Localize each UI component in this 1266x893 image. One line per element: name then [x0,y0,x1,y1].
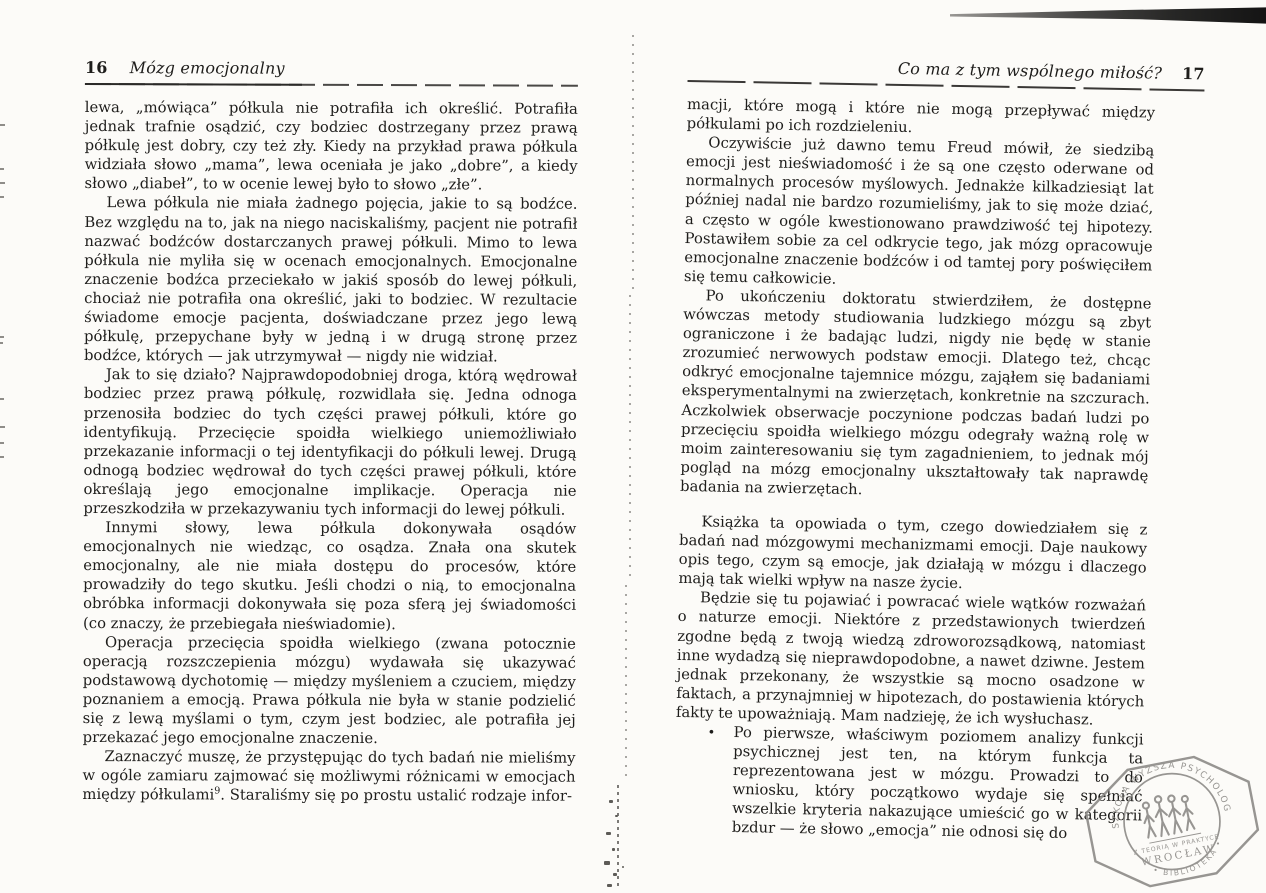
stamp-ring-text: SZKOŁA WYŻSZA PSYCHOLOGII SPOŁECZNEJ [1076,752,1232,842]
scan-edge-smudge [950,7,1266,24]
paragraph: Innymi słowy, lewa półkula dokonywała os… [83,518,576,634]
right-running-header: Co ma z tym wspólnego miłość? 17 [688,55,1205,83]
right-page-body: macji, które mogą i które nie mogą przep… [674,95,1156,845]
paragraph: Oczywiście już dawno temu Freud mówił, ż… [684,133,1155,294]
paragraph: Jak to się działo? Najprawdopodobniej dr… [83,365,577,519]
paragraph: Operacja przecięcia spoidła wielkiego (z… [83,633,576,749]
paragraph: Lewa półkula nie miała żadnego pojęcia, … [84,193,578,367]
paragraph: Po ukończeniu doktoratu stwierdziłem, że… [680,286,1152,505]
stamp-figures-icon [1140,790,1196,838]
left-page-number: 16 [85,58,108,77]
right-running-title: Co ma z tym wspólnego miłość? [898,59,1163,83]
left-page-body: lewa, „mówiąca” półkula nie potrafiła ic… [82,98,577,806]
left-running-header: 16 Mózg emocjonalny [85,58,578,79]
bullet-icon: • [707,723,715,742]
left-page: 16 Mózg emocjonalny lewa, „mówiąca” półk… [82,58,578,806]
svg-text:SZKOŁA WYŻSZA PSYCHOLOGII SPOŁ: SZKOŁA WYŻSZA PSYCHOLOGII SPOŁECZNEJ [1076,752,1232,842]
right-page-number: 17 [1182,64,1205,83]
paragraph: Będzie się tu pojawiać i powracać wiele … [676,588,1146,730]
right-page: Co ma z tym wspólnego miłość? 17 macji, … [674,55,1205,846]
paragraph-with-footnote: Zaznaczyć muszę, że przystępując do tych… [82,747,575,806]
paragraph: Książka ta opowiada o tym, czego dowiedz… [678,512,1147,597]
left-running-title: Mózg emocjonalny [130,58,285,78]
footnote-text-post: . Staraliśmy się po prostu ustalić rodza… [220,787,572,805]
library-stamp: SZKOŁA WYŻSZA PSYCHOLOGII SPOŁECZNEJ • B… [1076,752,1266,893]
left-header-rule [85,83,578,87]
paragraph: lewa, „mówiąca” półkula nie potrafiła ic… [85,98,578,195]
